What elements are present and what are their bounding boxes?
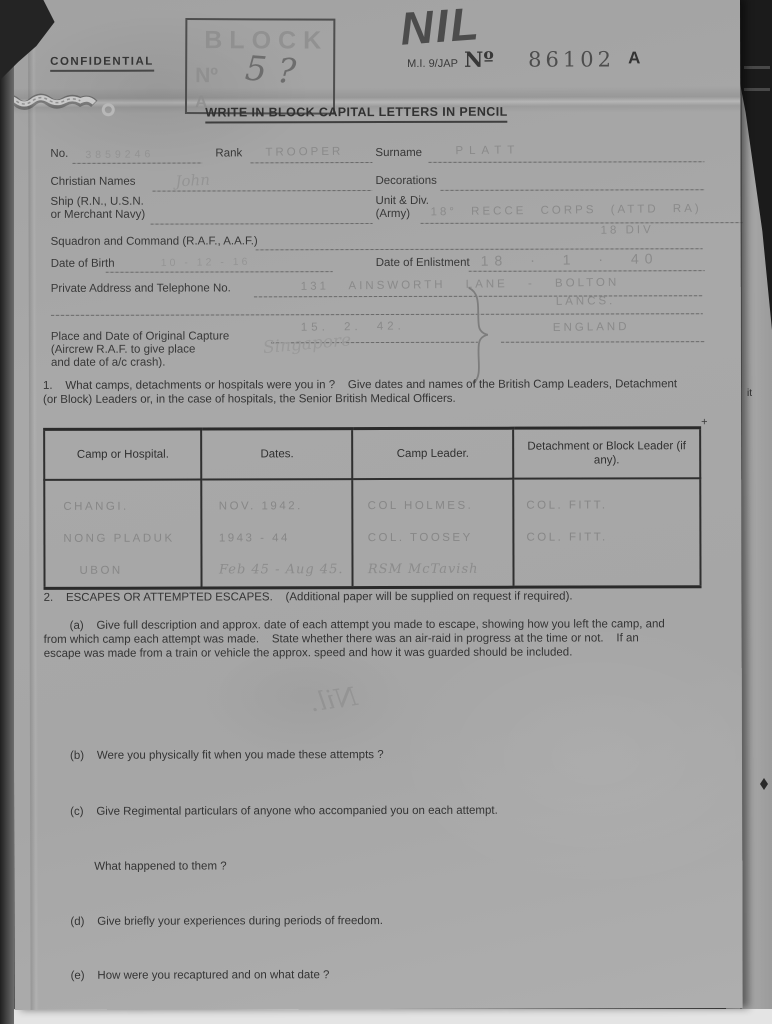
field-address-label: Private Address and Telephone No. [51, 282, 231, 295]
question-2a-line3: escape was made from a train or vehicle … [44, 646, 716, 661]
field-unit-value-2: 18 DIV [601, 224, 654, 237]
field-rank-value: TROOPER [265, 146, 343, 159]
field-christian-names-label: Christian Names [50, 176, 135, 189]
field-address-value-3: ENGLAND [553, 321, 630, 334]
binding-string [0, 86, 120, 120]
field-surname-label: Surname [375, 147, 422, 160]
page-left-edge-shadow [0, 0, 14, 1024]
table-header-leader: Camp Leader. [352, 428, 513, 479]
form-rule [51, 313, 703, 316]
block-leader-entry: COL. FITT. [514, 521, 699, 553]
field-enlistment-label: Date of Enlistment [376, 257, 470, 270]
stamp-handwritten-number: 5 ? [244, 49, 297, 93]
field-service-no-label: No. [50, 148, 68, 161]
table-col-leader: COL HOLMES. COL. TOOSEY RSM McTavish [353, 479, 514, 588]
field-address-value: 131 AINSWORTH LANE - BOLTON [301, 277, 620, 293]
scanned-document: it CONFIDENTIAL BLOCK Nº A 5 ? NIL M.I. … [0, 0, 772, 1024]
field-dob-value: 10 - 12 - 16 [161, 256, 251, 269]
form-rule [106, 271, 333, 273]
field-rank-label: Rank [215, 147, 242, 160]
field-enlistment-value: 18 · 1 · 40 [481, 250, 659, 268]
address-brace [465, 287, 497, 385]
field-christian-names-value: John [175, 171, 210, 191]
field-decorations-label: Decorations [375, 175, 436, 188]
stamp-no-label: Nº [195, 64, 218, 88]
form-rule [151, 223, 373, 225]
form-page: CONFIDENTIAL BLOCK Nº A 5 ? NIL M.I. 9/J… [12, 0, 743, 1010]
form-reference: M.I. 9/JAP [407, 58, 458, 70]
table-col-dates: NOV. 1942. 1943 - 44 Feb 45 - Aug 45. [202, 479, 353, 588]
table-col-block-leader: COL. FITT. COL. FITT. [513, 478, 700, 587]
form-rule [440, 189, 704, 191]
leader-entry: COL HOLMES. [354, 490, 513, 522]
field-capture-label-2: (Aircrew R.A.F. to give place [51, 344, 195, 357]
question-2d: (d) Give briefly your experiences during… [70, 915, 383, 929]
form-rule [501, 341, 705, 343]
confidential-label: CONFIDENTIAL [50, 56, 154, 72]
form-rule [428, 161, 704, 163]
question-2c-followup: What happened to them ? [94, 860, 226, 874]
form-rule [72, 163, 202, 164]
question-2c: (c) Give Regimental particulars of anyon… [70, 805, 498, 820]
field-capture-place-value: Singapore [262, 330, 352, 358]
field-unit-label: Unit & Div. [376, 195, 430, 208]
table-header-dates: Dates. [202, 429, 353, 480]
form-rule [250, 162, 372, 163]
scanner-mat [0, 1009, 772, 1024]
table-col-camp: CHANGI. NONG PLADUK UBON [44, 480, 202, 589]
leader-entry: COL. TOOSEY [354, 522, 513, 554]
question-2b: (b) Were you physically fit when you mad… [70, 749, 384, 763]
field-squadron-label: Squadron and Command (R.A.F., A.A.F.) [51, 235, 258, 249]
field-ship-label: Ship (R.N., U.S.N. [51, 196, 144, 209]
edge-text: it [747, 388, 752, 399]
field-capture-date-value: 15. 2. 42. [301, 320, 405, 333]
camp-entry: CHANGI. [45, 491, 201, 523]
block-leader-entry: COL. FITT. [514, 489, 699, 521]
page-edge-slit [744, 88, 770, 91]
leader-entry: RSM McTavish [354, 554, 513, 586]
stray-mark: + [701, 416, 707, 428]
instruction-banner: WRITE IN BLOCK CAPITAL LETTERS IN PENCIL [205, 105, 507, 124]
page-edge-slit [744, 66, 770, 69]
dates-entry: NOV. 1942. [203, 490, 352, 522]
field-dob-label: Date of Birth [51, 258, 115, 271]
table-header-camp: Camp or Hospital. [44, 429, 202, 480]
series-letter: A [628, 48, 640, 68]
camp-entry: NONG PLADUK [45, 523, 201, 555]
field-capture-label: Place and Date of Original Capture [51, 330, 229, 343]
field-address-value-2: LANCS. [556, 295, 616, 308]
field-unit-label-2: (Army) [376, 208, 411, 221]
form-rule [421, 222, 743, 224]
dates-entry: Feb 45 - Aug 45. [203, 554, 352, 586]
block-number-stamp-box: BLOCK Nº A 5 ? [185, 18, 335, 115]
dates-entry: 1943 - 44 [203, 522, 352, 554]
field-capture-label-3: and date of a/c crash). [51, 357, 165, 370]
question-2-heading: 2. ESCAPES OR ATTEMPTED ESCAPES. (Additi… [44, 590, 716, 605]
pencil-nil-note: Nil. [308, 682, 359, 718]
form-rule [469, 270, 705, 272]
question-2a-line1: (a) Give full description and approx. da… [70, 618, 718, 633]
table-header-block-leader: Detachment or Block Leader (if any). [513, 428, 700, 479]
question-2e: (e) How were you recaptured and on what … [71, 969, 330, 983]
form-rule [152, 190, 372, 192]
question-1-line1: 1. What camps, detachments or hospitals … [43, 378, 715, 393]
question-2a-line2: from which camp each attempt was made. S… [44, 632, 716, 647]
question-1-line2: (or Block) Leaders or, in the case of ho… [43, 392, 715, 407]
field-ship-label-2: or Merchant Navy) [51, 209, 146, 222]
vertical-crease [28, 0, 39, 1010]
field-unit-value: 18° RECCE CORPS (ATTD RA) [430, 203, 701, 219]
camp-entry: UBON [45, 555, 201, 587]
table-body-row: CHANGI. NONG PLADUK UBON NOV. 1942. 1943… [44, 478, 700, 588]
block-leader-entry [514, 553, 699, 585]
serial-no-label: Nº [464, 47, 494, 72]
field-surname-value: PLATT [455, 144, 520, 157]
field-service-no-value: 3859246 [85, 148, 154, 161]
camps-table: Camp or Hospital. Dates. Camp Leader. De… [43, 426, 701, 590]
serial-number: 86102 [528, 47, 615, 71]
